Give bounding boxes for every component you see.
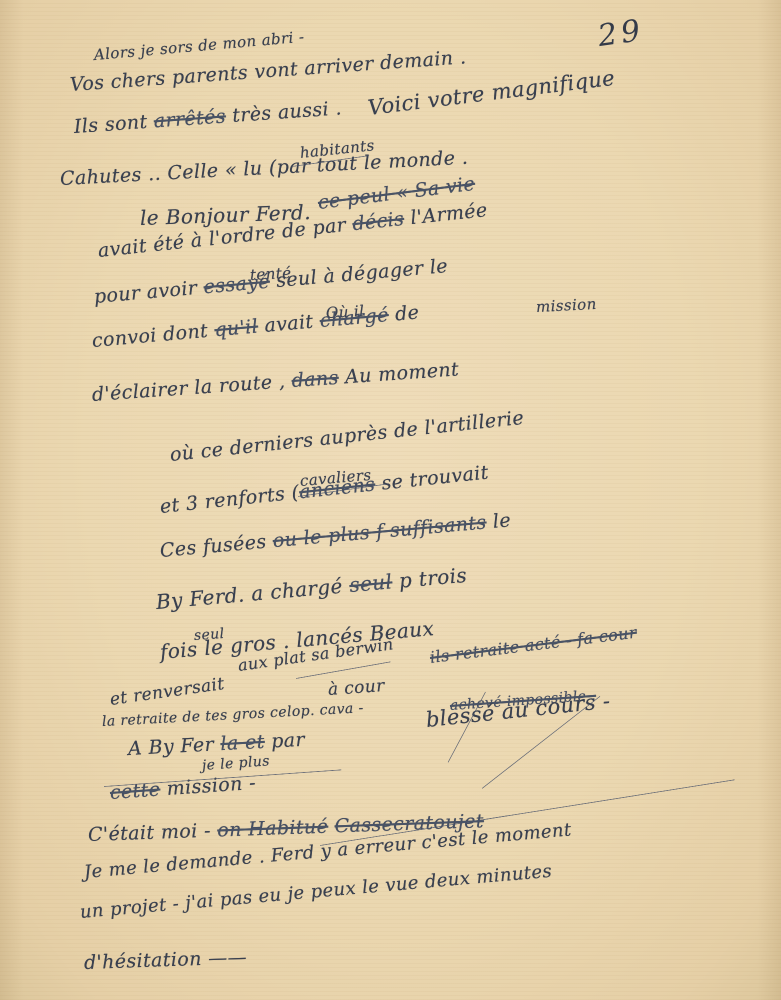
manuscript-line: ils retraite acté - fa cour <box>429 623 638 667</box>
struck-text: arrêtés <box>153 105 227 132</box>
handwritten-text: C'était moi - <box>88 819 218 846</box>
handwritten-text: le <box>486 509 512 533</box>
manuscript-page: 29 Alors je sors de mon abri -Vos chers … <box>0 0 781 1000</box>
handwritten-text: Voici votre magnifique <box>367 66 617 120</box>
handwritten-text: Ils sont <box>73 110 154 138</box>
handwritten-text: d'éclairer la route , <box>91 370 292 406</box>
struck-text: ils retraite acté - fa cour <box>429 623 638 667</box>
manuscript-line: je le plus <box>201 753 270 774</box>
struck-text: on Habitué <box>217 816 329 842</box>
struck-text: seul <box>348 569 393 597</box>
handwritten-text: avait <box>257 310 321 337</box>
handwritten-text: se trouvait <box>374 462 490 496</box>
manuscript-line: Voici votre magnifique <box>367 66 617 120</box>
manuscript-line: à cour <box>327 676 385 700</box>
manuscript-line: pour avoir essayé seul à dégager le <box>93 255 449 308</box>
handwritten-text: p trois <box>391 563 468 593</box>
manuscript-line: Alors je sors de mon abri - <box>93 28 305 64</box>
handwritten-text: Au moment <box>338 358 460 388</box>
handwritten-text: et renversait <box>109 674 226 710</box>
page-number: 29 <box>596 13 647 54</box>
handwritten-text: de <box>388 301 420 326</box>
handwritten-text: très aussi . <box>225 97 342 127</box>
handwritten-text: pour avoir <box>93 276 205 308</box>
manuscript-line: où ce derniers auprès de l'artillerie <box>169 407 525 466</box>
handwritten-text: By Ferd. a chargé <box>155 573 350 614</box>
struck-text: dans <box>291 367 339 392</box>
handwritten-text: l'Armée <box>403 199 489 230</box>
manuscript-line: By Ferd. a chargé seul p trois <box>155 563 468 614</box>
struck-text: la et <box>220 731 265 755</box>
struck-text: décis <box>351 208 405 235</box>
manuscript-line: et renversait <box>109 674 226 710</box>
handwritten-text: à cour <box>327 676 385 700</box>
handwritten-text: par <box>264 729 305 753</box>
manuscript-line: Ces fusées ou le plus f suffisants le <box>159 509 512 562</box>
struck-text: qu'il <box>213 316 259 342</box>
struck-text: chargé <box>319 304 390 332</box>
handwritten-text: seul à dégager le <box>269 255 449 292</box>
struck-text: essayé <box>203 271 271 299</box>
manuscript-line: A By Fer la et par <box>127 729 305 760</box>
handwritten-text: je le plus <box>201 753 270 774</box>
struck-text: ou le plus f suffisants <box>272 511 488 552</box>
handwritten-text: d'hésitation —— <box>84 946 248 974</box>
handwritten-text: Ces fusées <box>159 530 274 562</box>
handwritten-text: où ce derniers auprès de l'artillerie <box>169 407 525 466</box>
handwritten-text: A By Fer <box>127 733 221 760</box>
handwritten-text: convoi dont <box>91 319 215 352</box>
handwritten-text: Alors je sors de mon abri - <box>93 28 305 64</box>
handwritten-text: et 3 renforts ( <box>159 481 301 518</box>
manuscript-line: Ils sont arrêtés très aussi . <box>73 97 342 138</box>
manuscript-line: convoi dont qu'il avait chargé de <box>91 301 420 352</box>
handwritten-text: mission <box>536 295 598 316</box>
inserted-word: mission <box>536 295 598 316</box>
manuscript-line: d'éclairer la route , dans Au moment <box>91 358 460 406</box>
manuscript-line: d'hésitation —— <box>84 946 248 974</box>
